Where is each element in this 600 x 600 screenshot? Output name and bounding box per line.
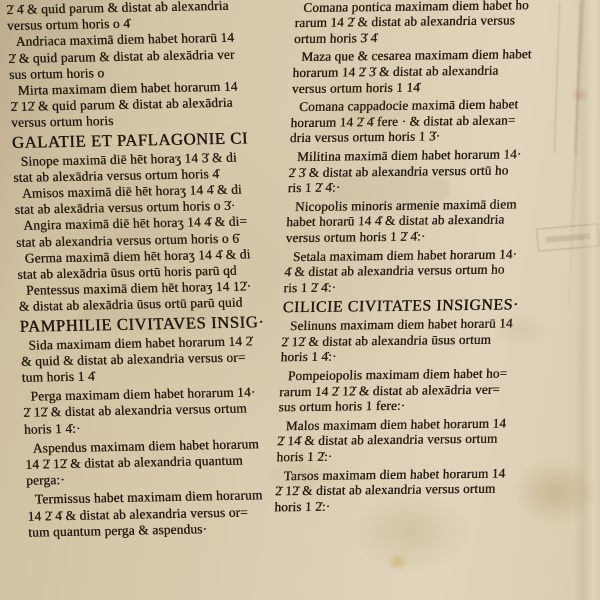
city-entry: Maza que & cesarea maximam diem habethor… <box>292 46 570 96</box>
city-entry: Nicopolis minoris armenie maximā diemhab… <box>285 195 563 245</box>
text-line: sus ortum horis 1 fere:· <box>278 396 555 415</box>
text-line: ris 1 2̇ 4̇:· <box>283 276 560 295</box>
section: horis 1 3̇Comana pontica maximam diem ha… <box>283 0 572 295</box>
city-entry: Pentessus maximā diem hēt horaʒ 14 12̇·&… <box>18 277 311 315</box>
text-line: ortum horis 3̇ 4̇ <box>294 27 571 46</box>
city-entry: Selinuns maximam diem habet horarū 142̇ … <box>280 315 558 365</box>
city-entry: Pompeiopolis maximam diem habet ho=rarum… <box>278 365 556 415</box>
text-line: dria versus ortum horis 1 3̇· <box>290 127 567 146</box>
book-page: 2̇ 4̇ & quid parum & distat ab alexandri… <box>0 0 600 600</box>
city-entry: Malos maximam diem habet horarum 142̇ 14… <box>276 415 554 465</box>
page-edge <box>574 0 600 600</box>
city-entry: Andriaca maximā diem habet horarū 142̇ &… <box>7 29 301 83</box>
text-line: horis 1 4̇:· <box>280 346 557 365</box>
section: 2̇ 4̇ & quid parum & distat ab alexandri… <box>6 0 303 132</box>
text-line: versus ortum horis 1 2̇ 4̇:· <box>285 227 562 246</box>
text-line: versus ortum horis 1 14̇ <box>292 77 569 96</box>
city-entry: Comana cappadocie maximā diem habethorar… <box>290 96 568 146</box>
section: CILICIE CIVITATES INSIGNES·Selinuns maxi… <box>274 295 559 515</box>
text-line: horis 1 2̇:· <box>274 496 551 515</box>
city-entry: Mirta maximam diem habet horarum 142̇ 12… <box>9 77 303 131</box>
city-entry: Setala maximam diem habet horarum 14·4̇ … <box>283 245 561 295</box>
red-ink-smudge <box>571 88 589 102</box>
city-entry: Aspendus maximam diem habet horarum14 2̇… <box>24 435 318 489</box>
right-column: horis 1 3̇Comana pontica maximam diem ha… <box>274 0 572 518</box>
city-entry: Tarsos maximam diem habet horarum 142̇ 1… <box>274 465 552 515</box>
city-entry: Perga maximam diem habet horarum 14·2̇ 1… <box>22 383 316 437</box>
city-entry: Sida maximam diem habet horarum 14 2̇& q… <box>20 332 314 386</box>
section-heading: CILICIE CIVITATES INSIGNES· <box>282 295 559 317</box>
text-line: ris 1 2̇ 4̇:· <box>287 177 564 196</box>
section: GALATIE ET PAFLAGONIE CISinope maximā di… <box>11 127 311 316</box>
city-entry: Comana pontica maximam diem habet horaru… <box>294 0 572 46</box>
city-entry: Militina maximā diem habet horarum 14·2̇… <box>287 146 565 196</box>
left-column: 2̇ 4̇ & quid parum & distat ab alexandri… <box>6 0 321 544</box>
text-line: horis 1 2̇:· <box>276 446 553 465</box>
